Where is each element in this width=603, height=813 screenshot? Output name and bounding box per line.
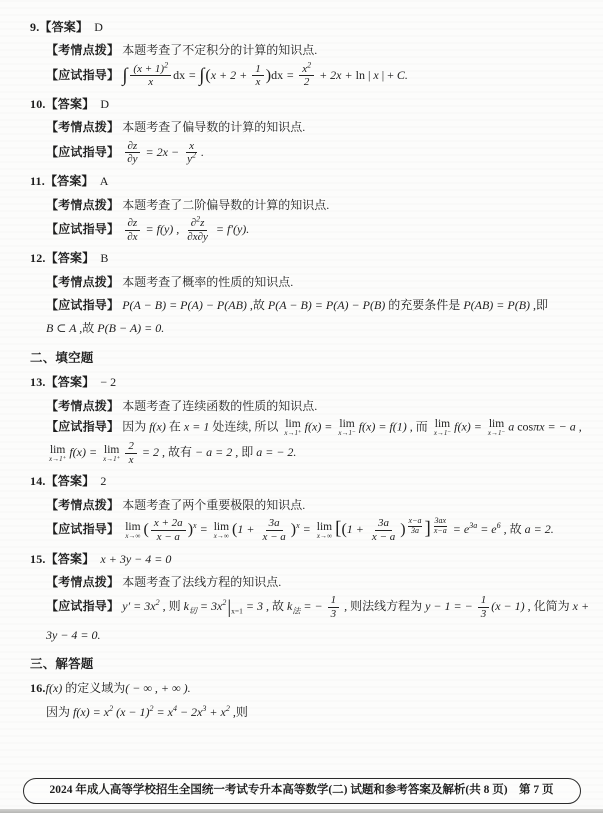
math-text: x + 2 +	[211, 68, 251, 82]
text: dx	[271, 68, 283, 82]
text: 因为	[119, 419, 149, 433]
math-text: ∂x	[127, 231, 137, 243]
label: 【考情点拨】	[46, 575, 119, 589]
fraction-numerator: 3a	[375, 517, 392, 531]
label: 15.【答案】	[30, 552, 88, 566]
math-text: B ⊂ A ,	[46, 321, 82, 335]
math-text: ( − ∞ , + ∞ ).	[125, 681, 190, 695]
math-text: y′ = 3x	[122, 599, 155, 613]
math-text: (x − 1)	[113, 705, 149, 719]
math-text: x = 1	[184, 419, 209, 433]
math-text: P(AB) = P(B) ,	[460, 298, 536, 312]
integral-symbol: ∫	[199, 65, 204, 86]
subscript: 切	[189, 607, 197, 616]
math-text: 2	[192, 151, 196, 160]
superscript: 2	[164, 60, 168, 69]
math-text: ∂x∂y	[187, 231, 208, 243]
text: ln |	[356, 68, 374, 82]
text: 而	[416, 419, 431, 433]
math-text: 3a	[469, 521, 477, 530]
text: 本题考查了法线方程的知识点.	[119, 575, 281, 589]
limit: limx→1⁻	[434, 418, 451, 437]
footer-text: 2024 年成人高等学校招生全国统一考试专升本高等数学(二) 试题和参考答案及解…	[49, 784, 553, 796]
limit: limx→∞	[125, 521, 140, 540]
close-bracket: ]	[424, 518, 430, 539]
label: 【应试指导】	[46, 298, 119, 312]
math-text: P(A − B) = P(A) − P(AB) ,	[122, 298, 253, 312]
fraction-denominator: ∂y	[124, 153, 140, 166]
fraction-numerator: ∂z	[125, 217, 141, 231]
math-text: x	[256, 76, 261, 88]
math-text: = 2 ,	[139, 445, 168, 459]
math-text: x − a	[157, 531, 180, 543]
text: B	[88, 251, 108, 265]
label: 12.【答案】	[30, 251, 88, 265]
document-line: 【应试指导】 ∫(x + 1)2xdx = ∫(x + 2 + 1x)dx = …	[0, 63, 603, 89]
fraction-numerator: 1	[478, 594, 490, 608]
math-text: = f′(y).	[213, 222, 249, 236]
scan-edge-artifact	[0, 809, 603, 813]
math-text: f(x) =	[69, 445, 100, 459]
math-text: x−a	[409, 516, 422, 525]
label: 【考情点拨】	[46, 498, 119, 512]
fraction-denominator: ∂x∂y	[184, 231, 211, 244]
fraction: x + 2ax − a	[151, 517, 186, 543]
math-text: 3ax	[435, 516, 447, 525]
fraction-denominator: x − a	[369, 531, 398, 544]
text	[119, 222, 122, 236]
math-text: =	[300, 522, 314, 536]
math-text: = f(y) ,	[143, 222, 183, 236]
fraction: 2x	[125, 440, 137, 466]
fraction: 3ax − a	[369, 517, 398, 543]
document-line: limx→1⁺f(x) = limx→1⁺2x = 2 , 故有 − a = 2…	[0, 440, 603, 466]
math-text: x − a	[372, 531, 395, 543]
text: 因为	[46, 705, 73, 719]
math-text: f(x) =	[454, 419, 485, 433]
fraction: ∂2z∂x∂y	[184, 217, 211, 243]
answer-explanations: 9.【答案】 D【考情点拨】 本题考查了不定积分的计算的知识点.【应试指导】 ∫…	[0, 0, 603, 721]
fraction-numerator: 3a	[266, 517, 283, 531]
limit-word: lim	[50, 444, 65, 456]
math-text: = 3x	[197, 599, 222, 613]
document-line: 【应试指导】 P(A − B) = P(A) − P(AB) ,故 P(A − …	[0, 297, 603, 314]
text: D	[88, 97, 109, 111]
label: 9.【答案】	[30, 20, 82, 34]
text: 本题考查了两个重要极限的知识点.	[119, 498, 305, 512]
label: 二、填空题	[30, 351, 94, 365]
text: 化简为	[534, 599, 573, 613]
integral-symbol: ∫	[122, 65, 127, 86]
limit: limx→∞	[317, 521, 332, 540]
limit-subscript: x→1⁻	[434, 430, 451, 437]
math-text: f(x)	[149, 419, 166, 433]
math-text: f(x) =	[305, 419, 336, 433]
math-text: 1	[331, 594, 337, 606]
math-text: ∂z	[128, 217, 138, 229]
fraction: 1x	[252, 63, 264, 89]
fraction-denominator: 2	[301, 76, 313, 89]
math-text: ,	[341, 599, 350, 613]
math-text: x	[148, 76, 153, 88]
math-text: 2	[164, 60, 168, 69]
close-paren: )	[400, 521, 405, 538]
limit-subscript: x→∞	[125, 533, 140, 540]
superscript: 2	[222, 598, 226, 607]
fraction-denominator: 3	[478, 608, 490, 621]
text: 处连续, 所以	[209, 419, 281, 433]
limit: limx→1⁺	[103, 444, 120, 463]
label: 【应试指导】	[46, 419, 119, 433]
fraction: x−a3a	[408, 517, 423, 536]
math-text: ,	[160, 599, 169, 613]
math-text: 2	[307, 60, 311, 69]
label: 14.【答案】	[30, 474, 88, 488]
math-text: =	[283, 68, 297, 82]
math-text: x +	[573, 599, 589, 613]
label: 【考情点拨】	[46, 275, 119, 289]
fraction-numerator: 1	[252, 63, 264, 77]
fraction: x22	[299, 63, 314, 89]
math-text: a = − 2.	[256, 445, 296, 459]
math-text: 3a	[411, 526, 419, 535]
document-line: 【应试指导】 因为 f(x) 在 x = 1 处连续, 所以 limx→1⁺f(…	[0, 418, 603, 437]
evaluation-bar: |x=1	[227, 598, 243, 615]
limit: limx→1⁻	[488, 418, 505, 437]
document-line: 【考情点拨】 本题考查了偏导数的计算的知识点.	[0, 119, 603, 136]
math-text: x−a	[434, 526, 447, 535]
text: dx	[173, 68, 185, 82]
scanned-exam-answer-page: 9.【答案】 D【考情点拨】 本题考查了不定积分的计算的知识点.【应试指导】 ∫…	[0, 0, 603, 813]
label: 【应试指导】	[46, 145, 119, 159]
label: 11.【答案】	[30, 174, 88, 188]
document-line: 因为 f(x) = x2 (x − 1)2 = x4 − 2x3 + x2 ,则	[0, 704, 603, 721]
document-line: 3y − 4 = 0.	[0, 627, 603, 644]
label: 16.	[30, 681, 46, 695]
fraction-denominator: x	[145, 76, 156, 89]
math-text: .	[201, 145, 204, 159]
math-text: 1 +	[237, 522, 257, 536]
math-text: + x	[206, 705, 225, 719]
text: cos	[514, 419, 533, 433]
math-text: 2	[128, 440, 134, 452]
text: 故	[510, 522, 525, 536]
document-line: B ⊂ A ,故 P(B − A) = 0.	[0, 320, 603, 337]
label: 【考情点拨】	[46, 43, 119, 57]
text: 则	[236, 705, 248, 719]
math-text: 3y − 4 = 0.	[46, 628, 101, 642]
math-text: 2	[222, 598, 226, 607]
document-line: 15.【答案】 x + 3y − 4 = 0	[0, 551, 603, 568]
math-text: 3a	[269, 517, 280, 529]
document-line: 三、解答题	[0, 655, 603, 673]
text	[119, 522, 122, 536]
fraction: 13	[328, 594, 340, 620]
math-text: − 2x	[177, 705, 202, 719]
math-text: = x	[154, 705, 173, 719]
fraction-numerator: 1	[328, 594, 340, 608]
document-line: 10.【答案】 D	[0, 96, 603, 113]
fraction: 3ax − a	[259, 517, 288, 543]
math-text: (x + 1)	[133, 63, 164, 75]
math-text: 1	[255, 63, 261, 75]
label: 【考情点拨】	[46, 198, 119, 212]
document-line: 【应试指导】 limx→∞(x + 2ax − a)x = limx→∞(1 +…	[0, 517, 603, 544]
math-text: x + 3y − 4 = 0	[100, 552, 171, 566]
math-text: = 3 ,	[243, 599, 272, 613]
math-text: x + 2a	[154, 517, 183, 529]
document-line: 【考情点拨】 本题考查了法线方程的知识点.	[0, 574, 603, 591]
fraction-denominator: 3	[328, 608, 340, 621]
math-text: z	[200, 217, 204, 229]
label: 【应试指导】	[46, 599, 119, 613]
fraction-numerator: ∂2z	[188, 217, 208, 231]
fraction-numerator: 2	[125, 440, 137, 454]
fraction: 3axx−a	[433, 517, 448, 536]
document-line: 【考情点拨】 本题考查了不定积分的计算的知识点.	[0, 42, 603, 59]
limit-subscript: x→1⁺	[49, 456, 66, 463]
math-text: x	[129, 454, 134, 466]
text: 本题考查了不定积分的计算的知识点.	[119, 43, 317, 57]
fraction: (x + 1)2x	[130, 63, 171, 89]
document-line: 【应试指导】 y′ = 3x2 , 则 k切 = 3x2|x=1 = 3 , 故…	[0, 594, 603, 620]
document-line: 【考情点拨】 本题考查了概率的性质的知识点.	[0, 274, 603, 291]
math-text: = 2x −	[143, 145, 183, 159]
math-text: 1 +	[347, 522, 367, 536]
label: 三、解答题	[30, 657, 94, 671]
fraction-denominator: y2	[184, 153, 199, 166]
math-text: =	[197, 522, 211, 536]
open-paren: (	[144, 521, 149, 538]
text: 故有	[168, 445, 195, 459]
label: 【应试指导】	[46, 222, 119, 236]
document-line: 13.【答案】 − 2	[0, 374, 603, 391]
label: 【应试指导】	[46, 522, 119, 536]
math-text: C.	[397, 68, 408, 82]
fraction-denominator: x−a	[433, 527, 448, 536]
fraction: ∂z∂y	[124, 140, 140, 166]
bar-subscript: x=1	[231, 607, 243, 616]
limit: limx→1⁺	[284, 418, 301, 437]
footer-box: 2024 年成人高等学校招生全国统一考试专升本高等数学(二) 试题和参考答案及解…	[23, 778, 581, 804]
label: 【应试指导】	[46, 68, 119, 82]
fraction-denominator: x − a	[259, 531, 288, 544]
label: 【考情点拨】	[46, 120, 119, 134]
fraction-denominator: ∂x	[124, 231, 140, 244]
limit-subscript: x→∞	[317, 533, 332, 540]
text: A	[88, 174, 109, 188]
limit-subscript: x→1⁺	[284, 430, 301, 437]
math-text: = −	[300, 599, 325, 613]
text: 则	[169, 599, 184, 613]
fraction: xy2	[184, 140, 199, 166]
limit: limx→1⁺	[49, 444, 66, 463]
document-line: 16.f(x) 的定义域为( − ∞ , + ∞ ).	[0, 680, 603, 697]
limit-word: lim	[104, 444, 119, 456]
fraction: ∂z∂x	[124, 217, 140, 243]
fraction-numerator: x + 2a	[151, 517, 186, 531]
math-text: f(x) = x	[73, 705, 109, 719]
math-text: = e	[477, 522, 496, 536]
math-text: (x − 1) ,	[491, 599, 533, 613]
label: 【考情点拨】	[46, 399, 119, 413]
text: 本题考查了概率的性质的知识点.	[119, 275, 293, 289]
text: 在	[166, 419, 184, 433]
text: 则法线方程为	[350, 599, 425, 613]
text: 故	[253, 298, 265, 312]
superscript: 2	[192, 151, 196, 160]
text: − 2	[88, 375, 116, 389]
math-text: f(x) = f(1) ,	[359, 419, 416, 433]
math-text: = e	[450, 522, 469, 536]
document-line: 【考情点拨】 本题考查了连续函数的性质的知识点.	[0, 398, 603, 415]
fraction-denominator: x	[253, 76, 264, 89]
text	[88, 552, 100, 566]
document-line: 【考情点拨】 本题考查了二阶偏导数的计算的知识点.	[0, 197, 603, 214]
fraction: 13	[478, 594, 490, 620]
superscript: 3axx−a	[431, 521, 450, 530]
page-footer: 2024 年成人高等学校招生全国统一考试专升本高等数学(二) 试题和参考答案及解…	[0, 778, 603, 804]
math-text: 3	[331, 608, 337, 620]
text: 即	[536, 298, 548, 312]
math-text: 3a	[378, 517, 389, 529]
math-text: ∂z	[128, 140, 138, 152]
math-text: 3	[481, 608, 487, 620]
document-line: 【应试指导】 ∂z∂y = 2x − xy2.	[0, 140, 603, 166]
limit-subscript: x→1⁻	[338, 430, 355, 437]
math-text: a = 2.	[525, 522, 554, 536]
math-text: 2	[304, 76, 310, 88]
text: 的定义域为	[65, 681, 125, 695]
math-text: 切	[189, 607, 197, 616]
math-text: − a = 2 ,	[195, 445, 241, 459]
document-line: 【考情点拨】 本题考查了两个重要极限的知识点.	[0, 497, 603, 514]
fraction-denominator: 3a	[410, 527, 420, 536]
math-text: P(A − B) = P(A) − P(B)	[265, 298, 388, 312]
label: 10.【答案】	[30, 97, 88, 111]
math-text: πx = − a ,	[533, 419, 582, 433]
fraction-numerator: ∂z	[125, 140, 141, 154]
math-text: 1	[481, 594, 487, 606]
math-text: P(B − A) = 0.	[94, 321, 164, 335]
document-line: 12.【答案】 B	[0, 250, 603, 267]
text: 故	[82, 321, 94, 335]
fraction-numerator: x2	[299, 63, 314, 77]
math-text: f(x)	[46, 681, 66, 695]
math-text: x − a	[262, 531, 285, 543]
limit-subscript: x→1⁻	[488, 430, 505, 437]
text: 本题考查了偏导数的计算的知识点.	[119, 120, 305, 134]
math-text: ,	[501, 522, 510, 536]
text: 2	[88, 474, 106, 488]
text	[119, 145, 122, 159]
superscript: x−a3a	[406, 521, 425, 530]
fraction-denominator: x − a	[154, 531, 183, 544]
text: 本题考查了二阶偏导数的计算的知识点.	[119, 198, 329, 212]
document-line: 二、填空题	[0, 349, 603, 367]
superscript: 3a	[469, 521, 477, 530]
text: 即	[241, 445, 256, 459]
fraction-numerator: (x + 1)2	[130, 63, 171, 77]
document-line: 14.【答案】 2	[0, 473, 603, 490]
document-line: 【应试指导】 ∂z∂x = f(y) , ∂2z∂x∂y = f′(y).	[0, 217, 603, 243]
limit-subscript: x→∞	[214, 533, 229, 540]
math-text: ∂y	[127, 153, 137, 165]
label: 13.【答案】	[30, 375, 88, 389]
limit: limx→∞	[214, 521, 229, 540]
text: 故	[272, 599, 287, 613]
math-text: y − 1 = −	[425, 599, 476, 613]
text: 的充要条件是	[388, 298, 460, 312]
limit: limx→1⁻	[338, 418, 355, 437]
text: 本题考查了连续函数的性质的知识点.	[119, 399, 317, 413]
math-text: =	[185, 68, 199, 82]
limit-subscript: x→1⁺	[103, 456, 120, 463]
document-line: 9.【答案】 D	[0, 19, 603, 36]
fraction-denominator: x	[126, 454, 137, 467]
superscript: 2	[307, 60, 311, 69]
text: D	[82, 20, 103, 34]
text: | +	[379, 68, 397, 82]
math-text: + 2x +	[316, 68, 356, 82]
document-line: 11.【答案】 A	[0, 173, 603, 190]
